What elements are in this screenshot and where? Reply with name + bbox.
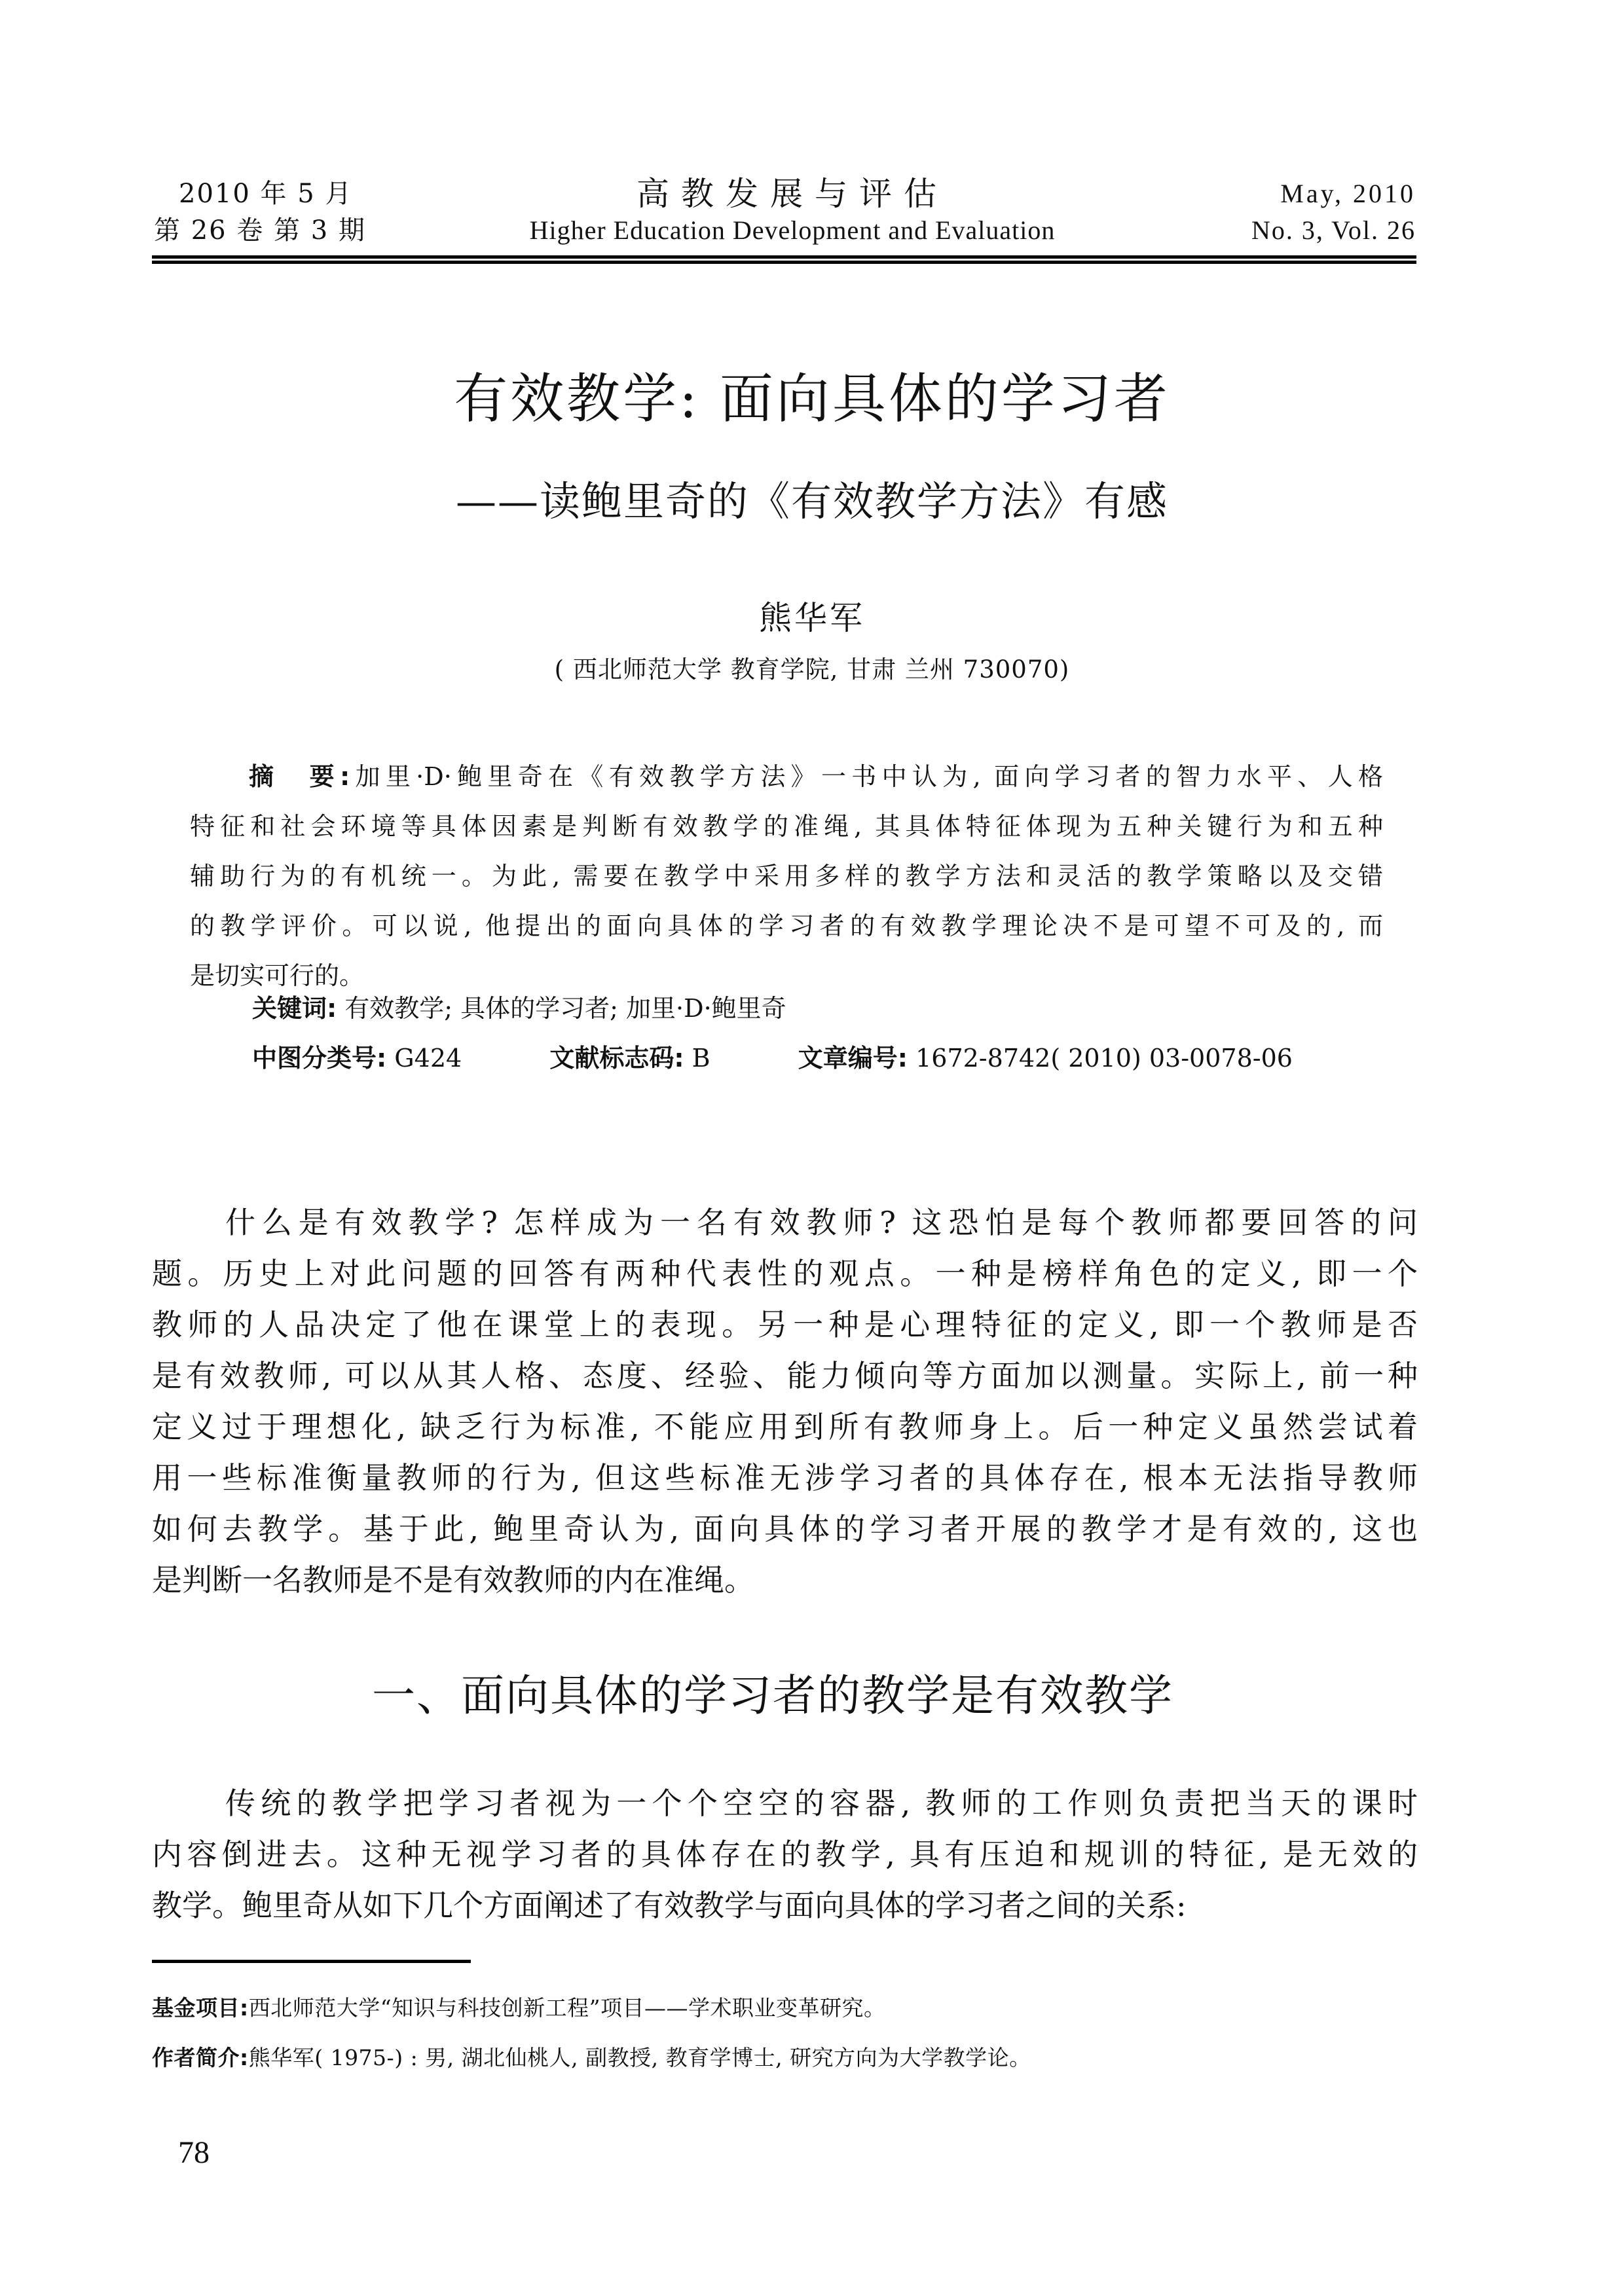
- abstract-line: 特征和社会环境等具体因素是判断有效教学的准绳, 其具体特征体现为五种关键行为和五…: [190, 801, 1383, 851]
- journal-title-en: Higher Education Development and Evaluat…: [485, 212, 1100, 249]
- abstract-label: 摘 要:: [249, 762, 350, 791]
- abstract-line: 辅助行为的有机统一。为此, 需要在教学中采用多样的教学方法和灵活的教学策略以及交…: [190, 851, 1383, 901]
- header-date-en: May, 2010: [1251, 175, 1416, 212]
- clc-value: G424: [394, 1044, 462, 1073]
- header-issue-cn: 第 26 卷 第 3 期: [154, 212, 366, 249]
- clc-label: 中图分类号:: [252, 1044, 386, 1073]
- body-paragraph-section1: 传统的教学把学习者视为一个个空空的容器, 教师的工作则负责把当天的课时 内容倒进…: [152, 1778, 1418, 1931]
- article-subtitle: ——读鲍里奇的《有效教学方法》有感: [0, 474, 1624, 529]
- article-number-label: 文章编号:: [798, 1044, 908, 1073]
- page-number: 78: [178, 2133, 210, 2173]
- header-issue-en: No. 3, Vol. 26: [1251, 212, 1416, 249]
- body-line: 用一些标准衡量教师的行为, 但这些标准无涉学习者的具体存在, 根本无法指导教师: [152, 1452, 1418, 1503]
- author-affiliation: ( 西北师范大学 教育学院, 甘肃 兰州 730070): [0, 653, 1624, 686]
- funding-value: 西北师范大学“知识与科技创新工程”项目——学术职业变革研究。: [249, 1995, 886, 2021]
- article-title: 有效教学: 面向具体的学习者: [0, 363, 1624, 435]
- body-line: 教师的人品决定了他在课堂上的表现。另一种是心理特征的定义, 即一个教师是否: [152, 1299, 1418, 1350]
- header-date-cn: 2010 年 5 月: [154, 175, 366, 212]
- header-journal: 高教发展与评估 Higher Education Development and…: [485, 175, 1100, 249]
- footnote-author: 作者简介:熊华军( 1975-) : 男, 湖北仙桃人, 副教授, 教育学博士,…: [152, 2042, 1031, 2074]
- funding-label: 基金项目:: [152, 1995, 249, 2021]
- doc-code-value: B: [692, 1044, 710, 1073]
- body-line: 是有效教师, 可以从其人格、态度、经验、能力倾向等方面加以测量。实际上, 前一种: [152, 1350, 1418, 1401]
- body-line: 什么是有效教学? 怎样成为一名有效教师? 这恐怕是每个教师都要回答的问: [152, 1197, 1418, 1248]
- classification-info: 中图分类号: G424 文献标志码: B 文章编号: 1672-8742( 20…: [252, 1038, 1293, 1078]
- keywords-value: 有效教学; 具体的学习者; 加里·D·鲍里奇: [344, 994, 786, 1023]
- body-line: 定义过于理想化, 缺乏行为标准, 不能应用到所有教师身上。后一种定义虽然尝试着: [152, 1401, 1418, 1452]
- doc-code-label: 文献标志码:: [549, 1044, 684, 1073]
- body-line: 传统的教学把学习者视为一个个空空的容器, 教师的工作则负责把当天的课时: [152, 1778, 1418, 1829]
- abstract: 摘 要:加里·D·鲍里奇在《有效教学方法》一书中认为, 面向学习者的智力水平、人…: [190, 752, 1383, 1001]
- body-line: 教学。鲍里奇从如下几个方面阐述了有效教学与面向具体的学习者之间的关系:: [152, 1880, 1418, 1931]
- author-name: 熊华军: [0, 597, 1624, 639]
- body-paragraph-intro: 什么是有效教学? 怎样成为一名有效教师? 这恐怕是每个教师都要回答的问 题。历史…: [152, 1197, 1418, 1606]
- abstract-line: 的教学评价。可以说, 他提出的面向具体的学习者的有效教学理论决不是可望不可及的,…: [190, 901, 1383, 951]
- keywords: 关键词: 有效教学; 具体的学习者; 加里·D·鲍里奇: [252, 989, 786, 1028]
- body-line: 是判断一名教师是不是有效教师的内在准绳。: [152, 1554, 1418, 1606]
- body-line: 内容倒进去。这种无视学习者的具体存在的教学, 具有压迫和规训的特征, 是无效的: [152, 1829, 1418, 1880]
- footnote-rule: [152, 1960, 471, 1963]
- author-bio-value: 熊华军( 1975-) : 男, 湖北仙桃人, 副教授, 教育学博士, 研究方向…: [249, 2045, 1031, 2070]
- section-heading: 一、面向具体的学习者的教学是有效教学: [0, 1666, 1624, 1725]
- header-left: 2010 年 5 月 第 26 卷 第 3 期: [154, 175, 366, 249]
- abstract-line: 摘 要:加里·D·鲍里奇在《有效教学方法》一书中认为, 面向学习者的智力水平、人…: [190, 752, 1383, 801]
- journal-title-cn: 高教发展与评估: [485, 175, 1100, 212]
- footnote-funding: 基金项目:西北师范大学“知识与科技创新工程”项目——学术职业变革研究。: [152, 1992, 885, 2025]
- header-rule-bottom: [152, 261, 1416, 264]
- body-line: 如何去教学。基于此, 鲍里奇认为, 面向具体的学习者开展的教学才是有效的, 这也: [152, 1503, 1418, 1554]
- body-line: 题。历史上对此问题的回答有两种代表性的观点。一种是榜样角色的定义, 即一个: [152, 1248, 1418, 1299]
- author-bio-label: 作者简介:: [152, 2045, 249, 2070]
- header-right: May, 2010 No. 3, Vol. 26: [1251, 175, 1416, 249]
- header-rule-top: [152, 255, 1416, 259]
- article-number-value: 1672-8742( 2010) 03-0078-06: [915, 1044, 1293, 1073]
- keywords-label: 关键词:: [252, 994, 337, 1023]
